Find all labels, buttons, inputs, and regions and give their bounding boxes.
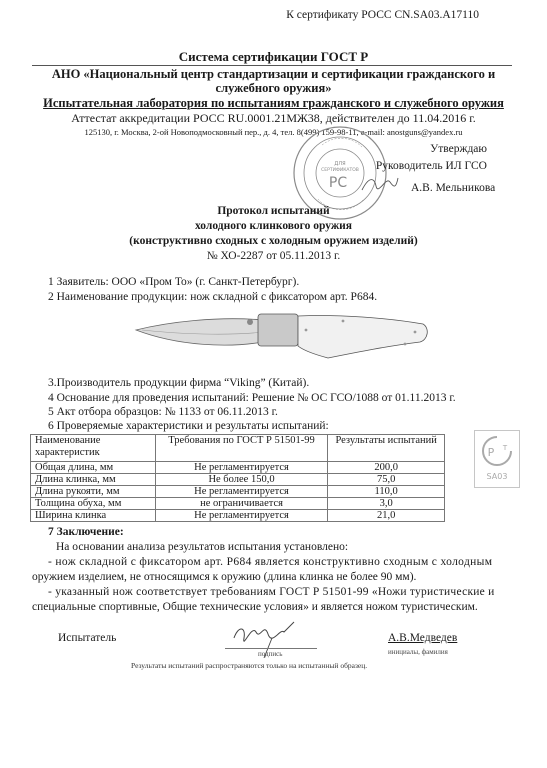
footnote: Результаты испытаний распространяются то… (131, 661, 367, 670)
cell-requirement: Не регламентируется (155, 486, 328, 498)
signature-line (225, 648, 317, 649)
laboratory-name: Испытательная лаборатория по испытаниям … (0, 96, 547, 111)
item-product: 2 Наименование продукции: нож складной с… (48, 291, 377, 303)
header-result: Результаты испытаний (328, 435, 445, 462)
item-applicant: 1 Заявитель: ООО «Пром То» (г. Санкт-Пет… (48, 276, 299, 288)
organization-line1: АНО «Национальный центр стандартизации и… (0, 67, 547, 82)
cell-result: 200,0 (328, 462, 445, 474)
conclusion-point1-line1: - нож складной с фиксатором арт. Р684 яв… (48, 556, 492, 568)
cell-characteristic: Длина рукояти, мм (31, 486, 156, 498)
certificate-reference: К сертификату РОСС CN.SA03.A17110 (0, 9, 547, 21)
svg-text:СЕРТИФИКАТОВ: СЕРТИФИКАТОВ (321, 167, 359, 173)
item-sampling-act: 5 Акт отбора образцов: № 1133 от 06.11.2… (48, 406, 278, 418)
name-caption: инициалы, фамилия (388, 648, 448, 656)
cell-requirement: Не более 150,0 (155, 474, 328, 486)
protocol-number: № ХО-2287 от 05.11.2013 г. (0, 250, 547, 262)
table-row: Ширина клинка Не регламентируется 21,0 (31, 510, 445, 522)
cell-result: 21,0 (328, 510, 445, 522)
signature-caption: подпись (258, 650, 282, 658)
cell-result: 75,0 (328, 474, 445, 486)
item-characteristics: 6 Проверяемые характеристики и результат… (48, 420, 329, 432)
pct-logo-icon: P T (475, 431, 519, 471)
organization-line2: служебного оружия» (0, 81, 547, 96)
approval-signature-icon (360, 172, 400, 194)
protocol-scope: (конструктивно сходных с холодным оружие… (0, 235, 547, 247)
header-requirement: Требования по ГОСТ Р 51501-99 (155, 435, 328, 462)
table-row: Длина клинка, мм Не более 150,0 75,0 (31, 474, 445, 486)
pct-code: SA03 (475, 472, 519, 481)
tester-name: А.В.Медведев (388, 632, 457, 644)
protocol-title: Протокол испытаний (0, 205, 547, 217)
svg-text:T: T (502, 444, 508, 452)
conclusion-point1-line2: оружием изделием, не относящимся к оружи… (32, 571, 416, 583)
cell-result: 3,0 (328, 498, 445, 510)
item-manufacturer: 3.Производитель продукции фирма “Viking”… (48, 377, 309, 389)
table-row: Длина рукояти, мм Не регламентируется 11… (31, 486, 445, 498)
cell-requirement: не ограничивается (155, 498, 328, 510)
accreditation: Аттестат аккредитации РОСС RU.0001.21МЖ3… (0, 111, 547, 126)
knife-image (128, 310, 433, 362)
cell-requirement: Не регламентируется (155, 510, 328, 522)
approval-position: Руководитель ИЛ ГСО (376, 160, 487, 172)
pct-conformity-mark: P T SA03 (474, 430, 520, 488)
cell-requirement: Не регламентируется (155, 462, 328, 474)
address-line: 125130, г. Москва, 2-ой Новоподмосковный… (0, 127, 547, 137)
cell-characteristic: Длина клинка, мм (31, 474, 156, 486)
table-row: Толщина обуха, мм не ограничивается 3,0 (31, 498, 445, 510)
tester-role: Испытатель (58, 632, 116, 644)
approval-label: Утверждаю (430, 143, 487, 155)
item-basis: 4 Основание для проведения испытаний: Ре… (48, 392, 456, 404)
conclusion-point2-line1: - указанный нож соответствует требования… (48, 586, 495, 598)
results-table: Наименование характеристик Требования по… (30, 434, 445, 522)
cell-result: 110,0 (328, 486, 445, 498)
cell-characteristic: Толщина обуха, мм (31, 498, 156, 510)
svg-text:ДЛЯ: ДЛЯ (334, 161, 345, 167)
protocol-subtitle: холодного клинкового оружия (0, 220, 547, 232)
header-characteristic: Наименование характеристик (31, 435, 156, 462)
approver-name: А.В. Мельникова (411, 182, 495, 194)
table-row: Общая длина, мм Не регламентируется 200,… (31, 462, 445, 474)
svg-text:P: P (488, 446, 495, 459)
system-title: Система сертификации ГОСТ Р (0, 49, 547, 65)
table-header-row: Наименование характеристик Требования по… (31, 435, 445, 462)
conclusion-title: 7 Заключение: (48, 526, 124, 538)
conclusion-intro: На основании анализа результатов испытан… (56, 541, 348, 553)
header-divider (32, 65, 512, 66)
cell-characteristic: Общая длина, мм (31, 462, 156, 474)
conclusion-point2-line2: специальные спортивные, Общие технически… (32, 601, 478, 613)
cell-characteristic: Ширина клинка (31, 510, 156, 522)
svg-text:PC: PC (329, 175, 347, 191)
